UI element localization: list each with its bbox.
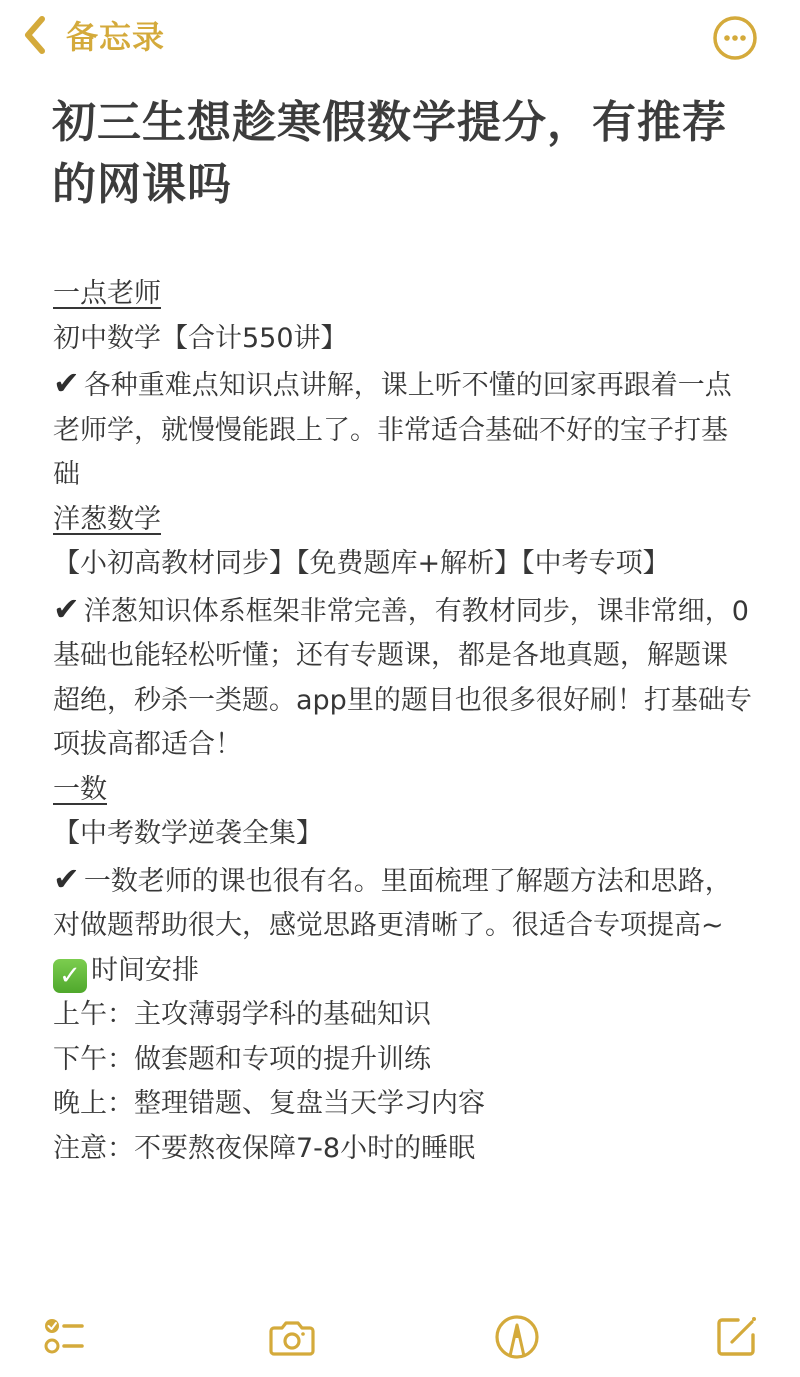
bottom-toolbar bbox=[0, 1300, 800, 1370]
green-check-box-icon: ✓ bbox=[53, 959, 87, 993]
back-label: 备忘录 bbox=[66, 12, 165, 58]
section-description-line: ✔各种重难点知识点讲解，课上听不懂的回家再跟着一点老师学，就慢慢能跟上了。非常适… bbox=[53, 361, 753, 498]
compose-icon bbox=[712, 1312, 762, 1362]
back-button[interactable]: 备忘录 bbox=[22, 12, 165, 58]
schedule-item: 注意：不要熬夜保障7-8小时的睡眠 bbox=[53, 1127, 753, 1172]
schedule-item: 下午：做套题和专项的提升训练 bbox=[53, 1038, 753, 1083]
faded-header bbox=[255, 42, 555, 76]
compose-button[interactable] bbox=[712, 1312, 762, 1362]
schedule-heading-line: ✓时间安排 bbox=[53, 949, 753, 994]
schedule-heading: 时间安排 bbox=[91, 955, 199, 986]
nav-bar: 备忘录 bbox=[0, 0, 800, 80]
section-description: 一数老师的课也很有名。里面梳理了解题方法和思路，对做题帮助很大，感觉思路更清晰了… bbox=[53, 866, 732, 942]
section-subtitle: 初中数学【合计550讲】 bbox=[53, 317, 753, 362]
section-heading: 洋葱数学 bbox=[53, 498, 753, 543]
camera-icon bbox=[268, 1312, 318, 1362]
ellipsis-circle-icon bbox=[712, 15, 758, 61]
note-body[interactable]: 一点老师 初中数学【合计550讲】 ✔各种重难点知识点讲解，课上听不懂的回家再跟… bbox=[53, 272, 753, 1171]
section-heading: 一数 bbox=[53, 768, 753, 813]
check-mark-icon: ✔ bbox=[53, 361, 80, 406]
camera-button[interactable] bbox=[268, 1312, 318, 1362]
section-heading: 一点老师 bbox=[53, 272, 753, 317]
section-description-line: ✔一数老师的课也很有名。里面梳理了解题方法和思路，对做题帮助很大，感觉思路更清晰… bbox=[53, 857, 753, 949]
more-button[interactable] bbox=[712, 15, 758, 61]
section-description: 各种重难点知识点讲解，课上听不懂的回家再跟着一点老师学，就慢慢能跟上了。非常适合… bbox=[53, 370, 732, 490]
section-subtitle: 【中考数学逆袭全集】 bbox=[53, 812, 753, 857]
section-description-line: ✔洋葱知识体系框架非常完善，有教材同步，课非常细，0基础也能轻松听懂；还有专题课… bbox=[53, 587, 753, 768]
schedule-item: 上午：主攻薄弱学科的基础知识 bbox=[53, 993, 753, 1038]
checklist-button[interactable] bbox=[42, 1312, 92, 1362]
check-mark-icon: ✔ bbox=[53, 857, 80, 902]
section-subtitle: 【小初高教材同步】【免费题库+解析】【中考专项】 bbox=[53, 542, 753, 587]
schedule-item: 晚上：整理错题、复盘当天学习内容 bbox=[53, 1082, 753, 1127]
note-title: 初三生想趁寒假数学提分，有推荐的网课吗 bbox=[52, 92, 752, 216]
section-description: 洋葱知识体系框架非常完善，有教材同步，课非常细，0基础也能轻松听懂；还有专题课，… bbox=[53, 596, 752, 761]
markup-pen-icon bbox=[492, 1312, 542, 1362]
check-mark-icon: ✔ bbox=[53, 587, 80, 632]
chevron-left-icon bbox=[22, 15, 48, 55]
checklist-icon bbox=[42, 1312, 92, 1362]
markup-button[interactable] bbox=[492, 1312, 542, 1362]
